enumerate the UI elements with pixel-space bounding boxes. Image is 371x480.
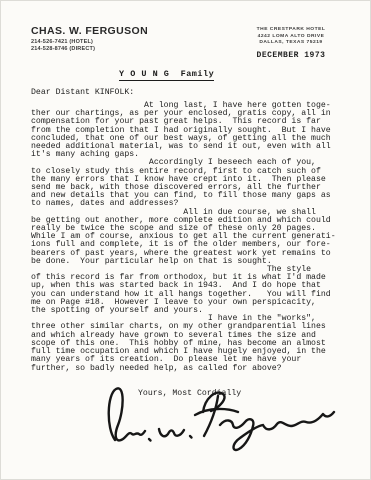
letterhead-name: CHAS. W. FERGUSON bbox=[31, 25, 148, 37]
hotel-name: THE CRESTPARK HOTEL bbox=[231, 27, 351, 34]
hotel-city: DALLAS, TEXAS 75219 bbox=[231, 40, 351, 47]
letter-body: At long last, I have here gotten toge-th… bbox=[31, 102, 356, 373]
hotel-address-block: THE CRESTPARK HOTEL 4242 LOMA ALTO DRIVE… bbox=[231, 27, 351, 47]
body-line: further, so badly needed help, as called… bbox=[31, 365, 356, 373]
phone-hotel: 214-526-7421 (HOTEL) bbox=[31, 39, 148, 46]
letter-page: CHAS. W. FERGUSON 214-526-7421 (HOTEL) 2… bbox=[0, 0, 371, 480]
letterhead-left: CHAS. W. FERGUSON 214-526-7421 (HOTEL) 2… bbox=[31, 25, 148, 53]
greeting: Dear Distant KINFOLK: bbox=[31, 88, 134, 97]
letterhead-right: THE CRESTPARK HOTEL 4242 LOMA ALTO DRIVE… bbox=[231, 27, 351, 60]
letter-date: DECEMBER 1973 bbox=[231, 51, 351, 60]
phone-direct: 214-528-8746 (DIRECT) bbox=[31, 46, 148, 53]
letterhead-phones: 214-526-7421 (HOTEL) 214-528-8746 (DIREC… bbox=[31, 39, 148, 53]
subject-line: Y O U N G Family bbox=[119, 69, 214, 81]
signature bbox=[99, 384, 343, 462]
